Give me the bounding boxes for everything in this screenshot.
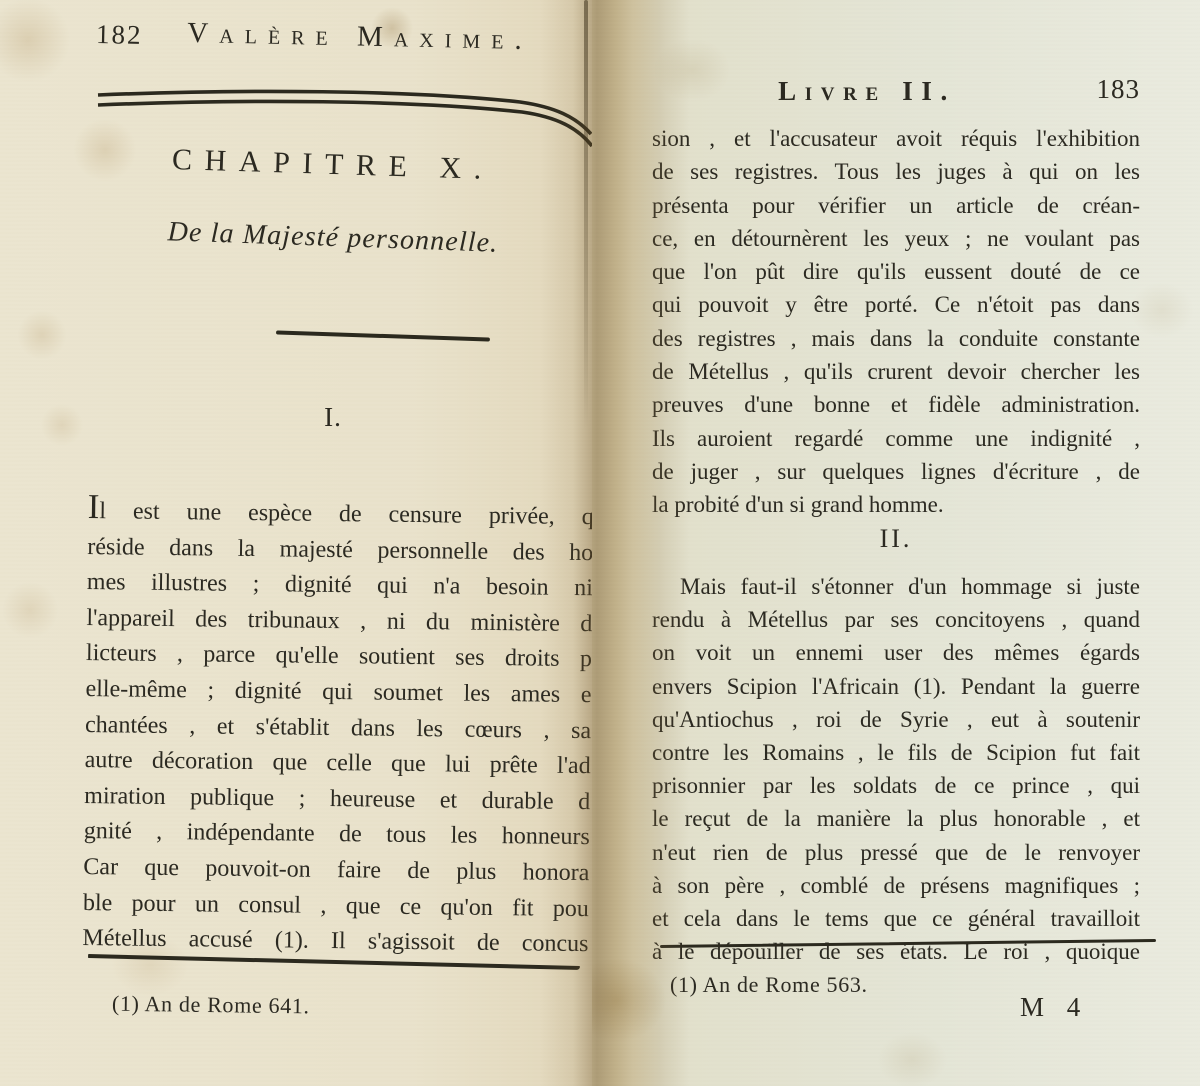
text-line: le reçut de la manière la plus honorable… [652, 802, 1140, 835]
text-line: l'appareil des tribunaux , ni du ministè… [86, 601, 592, 643]
text-line: rendu à Métellus par ses concitoyens , q… [652, 603, 1140, 636]
text-line: prisonnier par les soldats de ce prince … [652, 769, 1140, 802]
running-title: Livre II. [654, 76, 1080, 107]
book-spread-photo: 182 Valère Maxime. CHAPITRE X. De la Maj… [0, 0, 1200, 1086]
text-line: ble pour un consul , que ce qu'on fit po… [83, 886, 589, 928]
text-line: mes illustres ; dignité qui n'a besoin n… [87, 565, 592, 607]
text-line: preuves d'une bonne et fidèle administra… [652, 388, 1140, 421]
text-line: de ses registres. Tous les juges à qui o… [652, 155, 1140, 188]
text-line: chantées , et s'établit dans les cœurs ,… [85, 708, 591, 750]
chapter-subtitle: De la Majesté personnelle. [108, 214, 559, 262]
text-line: contre les Romains , le fils de Scipion … [652, 736, 1140, 769]
left-body-text: Il est une espèce de censure privée, qré… [82, 489, 588, 963]
text-line: Il est une espèce de censure privée, q [88, 489, 592, 536]
text-line: des registres , mais dans la conduite co… [652, 322, 1140, 355]
footnote: (1) An de Rome 641. [112, 991, 310, 1020]
text-line: elle-même ; dignité qui soumet les ames … [85, 672, 591, 714]
text-line: la probité d'un si grand homme. [652, 488, 1140, 521]
running-title: Valère Maxime. [146, 16, 575, 58]
text-line: de Métellus , qu'ils crurent devoir cher… [652, 355, 1140, 388]
section-heading: II. [652, 524, 1140, 554]
section-rule [276, 330, 490, 341]
left-page: 182 Valère Maxime. CHAPITRE X. De la Maj… [0, 0, 592, 1086]
text-line: Ils auroient regardé comme une indignité… [652, 422, 1140, 455]
text-line: ce, en détournèrent les yeux ; ne voulan… [652, 222, 1140, 255]
text-line: miration publique ; heureuse et durable … [84, 779, 590, 821]
right-body-paragraph-1: sion , et l'accusateur avoit réquis l'ex… [652, 122, 1140, 522]
text-line: à son père , comblé de présens magnifiqu… [652, 869, 1140, 902]
footnote: (1) An de Rome 563. [670, 972, 868, 998]
text-line: réside dans la majesté personnelle des h… [87, 530, 592, 572]
page-number: 182 [96, 19, 143, 51]
text-line: qu'Antiochus , roi de Syrie , eut à sout… [652, 703, 1140, 736]
text-line: présenta pour vérifier un article de cré… [652, 189, 1140, 222]
signature-mark: M 4 [1020, 992, 1088, 1023]
right-body-paragraph-2: Mais faut-il s'étonner d'un hommage si j… [652, 570, 1140, 968]
text-line: que l'on pût dire qu'ils eussent douté d… [652, 255, 1140, 288]
text-line: et cela dans le tems que ce général trav… [652, 902, 1140, 935]
text-line: n'eut rien de plus pressé que de le renv… [652, 836, 1140, 869]
text-line: Car que pouvoit-on faire de plus honora [83, 850, 589, 892]
chapter-title: CHAPITRE X. [108, 141, 559, 189]
text-line: envers Scipion l'Africain (1). Pendant l… [652, 670, 1140, 703]
text-line: sion , et l'accusateur avoit réquis l'ex… [652, 122, 1140, 155]
text-line: licteurs , parce qu'elle soutient ses dr… [86, 636, 592, 678]
text-line: qui pouvoit y être porté. Ce n'étoit pas… [652, 288, 1140, 321]
text-line: de juger , sur quelques lignes d'écritur… [652, 455, 1140, 488]
left-page-header: 182 Valère Maxime. [96, 15, 575, 65]
text-line: autre décoration que celle que lui prête… [84, 743, 590, 785]
section-heading: I. [108, 402, 558, 433]
right-page-header: Livre II. 183 [654, 76, 1140, 116]
text-line: on voit un ennemi user des mêmes égards [652, 636, 1140, 669]
page-number: 183 [1097, 74, 1141, 105]
text-line: gnité , indépendante de tous les honneur… [84, 814, 590, 856]
right-page: Livre II. 183 sion , et l'accusateur avo… [592, 0, 1200, 1086]
double-rule-ornament [92, 84, 592, 148]
text-line: Mais faut-il s'étonner d'un hommage si j… [652, 570, 1140, 603]
